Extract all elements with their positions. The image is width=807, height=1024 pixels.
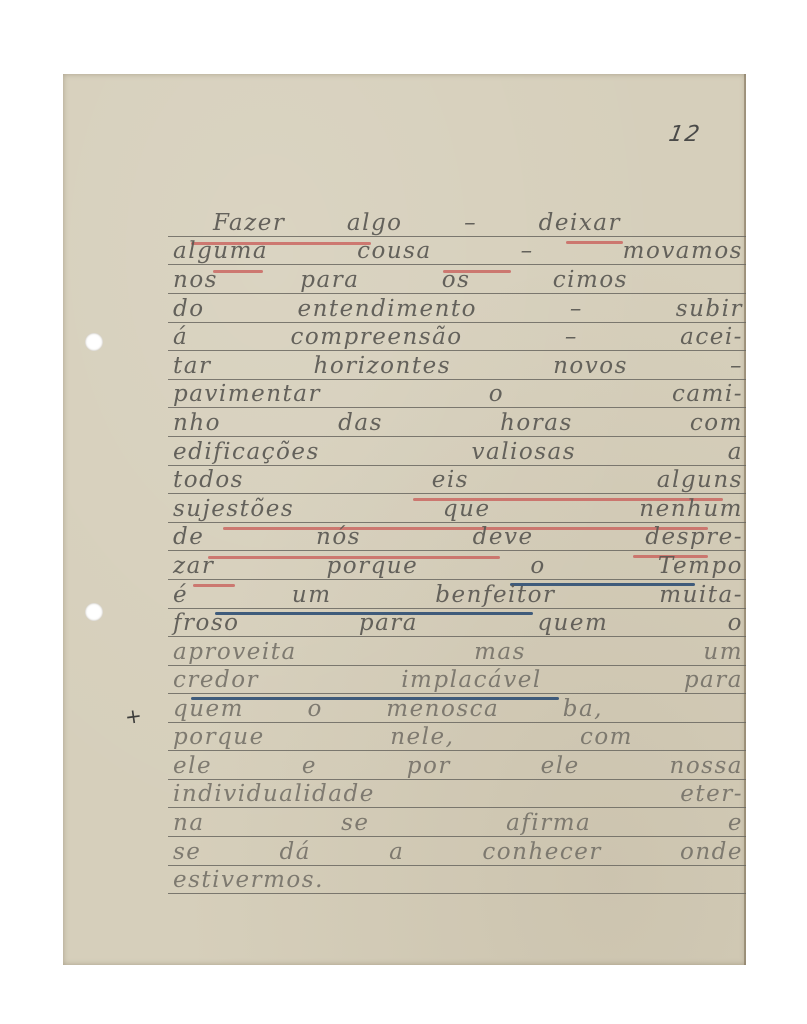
word: muita- bbox=[659, 582, 743, 608]
ruled-line bbox=[168, 293, 746, 294]
word: aproveita bbox=[173, 639, 297, 665]
ruled-line bbox=[168, 779, 746, 780]
manuscript-line: tar horizontes novos – bbox=[173, 353, 743, 379]
word: sujestões bbox=[173, 496, 294, 522]
word: o bbox=[307, 696, 322, 722]
word: na bbox=[173, 810, 205, 836]
word: nos bbox=[173, 267, 218, 293]
word: – bbox=[464, 210, 477, 236]
word: afirma bbox=[506, 810, 591, 836]
ruled-line bbox=[168, 493, 746, 494]
word: nós bbox=[316, 524, 361, 550]
manuscript-line: credor implacável para bbox=[173, 667, 743, 693]
word: que bbox=[443, 496, 491, 522]
ruled-line bbox=[168, 236, 746, 237]
ruled-line bbox=[168, 750, 746, 751]
word: o bbox=[728, 610, 743, 636]
word: algo bbox=[347, 210, 403, 236]
ruled-line bbox=[168, 322, 746, 323]
word: quem bbox=[173, 696, 244, 722]
word: e bbox=[302, 753, 317, 779]
word: implacável bbox=[401, 667, 542, 693]
word: Fazer bbox=[213, 210, 285, 236]
ruled-line bbox=[168, 608, 746, 609]
manuscript-line: á compreensão – acei- bbox=[173, 324, 743, 350]
word: a bbox=[728, 439, 743, 465]
word: valiosas bbox=[471, 439, 576, 465]
word: de bbox=[173, 524, 204, 550]
word: menosca bbox=[386, 696, 499, 722]
word: – bbox=[565, 324, 578, 350]
manuscript-line: alguma cousa – movamos bbox=[173, 238, 743, 264]
word: nenhum bbox=[639, 496, 743, 522]
word: ele bbox=[173, 753, 212, 779]
manuscript-line: Fazer algo – deixar bbox=[213, 210, 621, 236]
word: cousa bbox=[357, 238, 432, 264]
word: com bbox=[690, 410, 743, 436]
word: é bbox=[173, 582, 188, 608]
word: credor bbox=[173, 667, 259, 693]
word: froso bbox=[173, 610, 240, 636]
manuscript-page: 12 + Fazer algo – deixar alguma cousa bbox=[63, 74, 746, 965]
ruled-line bbox=[168, 522, 746, 523]
page-edge bbox=[744, 74, 746, 965]
word: nho bbox=[173, 410, 221, 436]
word: pavimentar bbox=[173, 381, 321, 407]
word: eter- bbox=[680, 781, 743, 807]
word: benfeitor bbox=[435, 582, 555, 608]
word: deixar bbox=[539, 210, 621, 236]
punch-hole-bottom bbox=[85, 603, 103, 621]
manuscript-line: nos para os cimos bbox=[173, 267, 628, 293]
manuscript-line: estivermos. bbox=[173, 867, 324, 893]
punch-hole-top bbox=[85, 333, 103, 351]
manuscript-line: é um benfeitor muita- bbox=[173, 582, 743, 608]
manuscript-line: nho das horas com bbox=[173, 410, 743, 436]
ruled-line bbox=[168, 264, 746, 265]
word: edificações bbox=[173, 439, 320, 465]
word: ba, bbox=[563, 696, 603, 722]
manuscript-line: de nós deve despre- bbox=[173, 524, 743, 550]
manuscript-line: porque nele, com bbox=[173, 724, 633, 750]
word: alguma bbox=[173, 238, 268, 264]
word: acei- bbox=[680, 324, 743, 350]
word: do bbox=[173, 296, 205, 322]
word: Tempo bbox=[658, 553, 743, 579]
manuscript-line: froso para quem o bbox=[173, 610, 743, 636]
ruled-line bbox=[168, 836, 746, 837]
word: para bbox=[300, 267, 359, 293]
word: movamos bbox=[623, 238, 743, 264]
ruled-line bbox=[168, 407, 746, 408]
word: os bbox=[442, 267, 471, 293]
manuscript-line: zar porque o Tempo bbox=[173, 553, 743, 579]
word: subir bbox=[676, 296, 743, 322]
word: e bbox=[728, 810, 743, 836]
manuscript-line: individualidade eter- bbox=[173, 781, 743, 807]
manuscript-line: se dá a conhecer onde bbox=[173, 839, 743, 865]
word: compreensão bbox=[290, 324, 462, 350]
manuscript-line: na se afirma e bbox=[173, 810, 743, 836]
word: horizontes bbox=[314, 353, 451, 379]
manuscript-line: do entendimento – subir bbox=[173, 296, 743, 322]
ruled-line bbox=[168, 807, 746, 808]
ruled-line bbox=[168, 865, 746, 866]
word: se bbox=[341, 810, 369, 836]
ruled-line bbox=[168, 665, 746, 666]
ruled-line bbox=[168, 579, 746, 580]
word: o bbox=[530, 553, 545, 579]
word: novos bbox=[553, 353, 628, 379]
word: ele bbox=[541, 753, 580, 779]
word: porque bbox=[327, 553, 419, 579]
word: com bbox=[580, 724, 633, 750]
word: eis bbox=[432, 467, 469, 493]
word: mas bbox=[474, 639, 526, 665]
page-number: 12 bbox=[667, 122, 703, 147]
word: um bbox=[292, 582, 332, 608]
manuscript-line: ele e por ele nossa bbox=[173, 753, 743, 779]
manuscript-line: edificações valiosas a bbox=[173, 439, 743, 465]
ruled-line bbox=[168, 350, 746, 351]
ruled-line bbox=[168, 465, 746, 466]
word: conhecer bbox=[482, 839, 601, 865]
word: para bbox=[359, 610, 418, 636]
word: quem bbox=[537, 610, 608, 636]
word: onde bbox=[680, 839, 743, 865]
manuscript-line: pavimentar o cami- bbox=[173, 381, 743, 407]
word: entendimento bbox=[297, 296, 477, 322]
word: o bbox=[489, 381, 504, 407]
manuscript-line: sujestões que nenhum bbox=[173, 496, 743, 522]
word: um bbox=[703, 639, 743, 665]
word: zar bbox=[173, 553, 214, 579]
word: cimos bbox=[553, 267, 628, 293]
ruled-line bbox=[168, 636, 746, 637]
word: horas bbox=[500, 410, 573, 436]
word: a bbox=[389, 839, 404, 865]
ruled-line bbox=[168, 722, 746, 723]
word: – bbox=[521, 238, 534, 264]
word: – bbox=[730, 353, 743, 379]
ruled-line bbox=[168, 550, 746, 551]
word: cami- bbox=[672, 381, 743, 407]
word: alguns bbox=[657, 467, 743, 493]
word: nossa bbox=[670, 753, 743, 779]
word: porque bbox=[173, 724, 265, 750]
word: despre- bbox=[645, 524, 743, 550]
word: á bbox=[173, 324, 188, 350]
manuscript-line: aproveita mas um bbox=[173, 639, 743, 665]
ruled-line bbox=[168, 693, 746, 694]
ruled-line bbox=[168, 893, 746, 894]
ruled-line bbox=[168, 436, 746, 437]
word: se bbox=[173, 839, 201, 865]
manuscript-line: todos eis alguns bbox=[173, 467, 743, 493]
word: todos bbox=[173, 467, 244, 493]
word: nele, bbox=[390, 724, 454, 750]
word: deve bbox=[473, 524, 534, 550]
word: para bbox=[684, 667, 743, 693]
word: das bbox=[338, 410, 383, 436]
margin-cross-mark: + bbox=[123, 703, 143, 729]
manuscript-line: quem o menosca ba, bbox=[173, 696, 603, 722]
word: por bbox=[407, 753, 451, 779]
word: estivermos. bbox=[173, 867, 324, 893]
word: – bbox=[570, 296, 583, 322]
word: tar bbox=[173, 353, 211, 379]
word: dá bbox=[280, 839, 311, 865]
word: individualidade bbox=[173, 781, 375, 807]
ruled-line bbox=[168, 379, 746, 380]
